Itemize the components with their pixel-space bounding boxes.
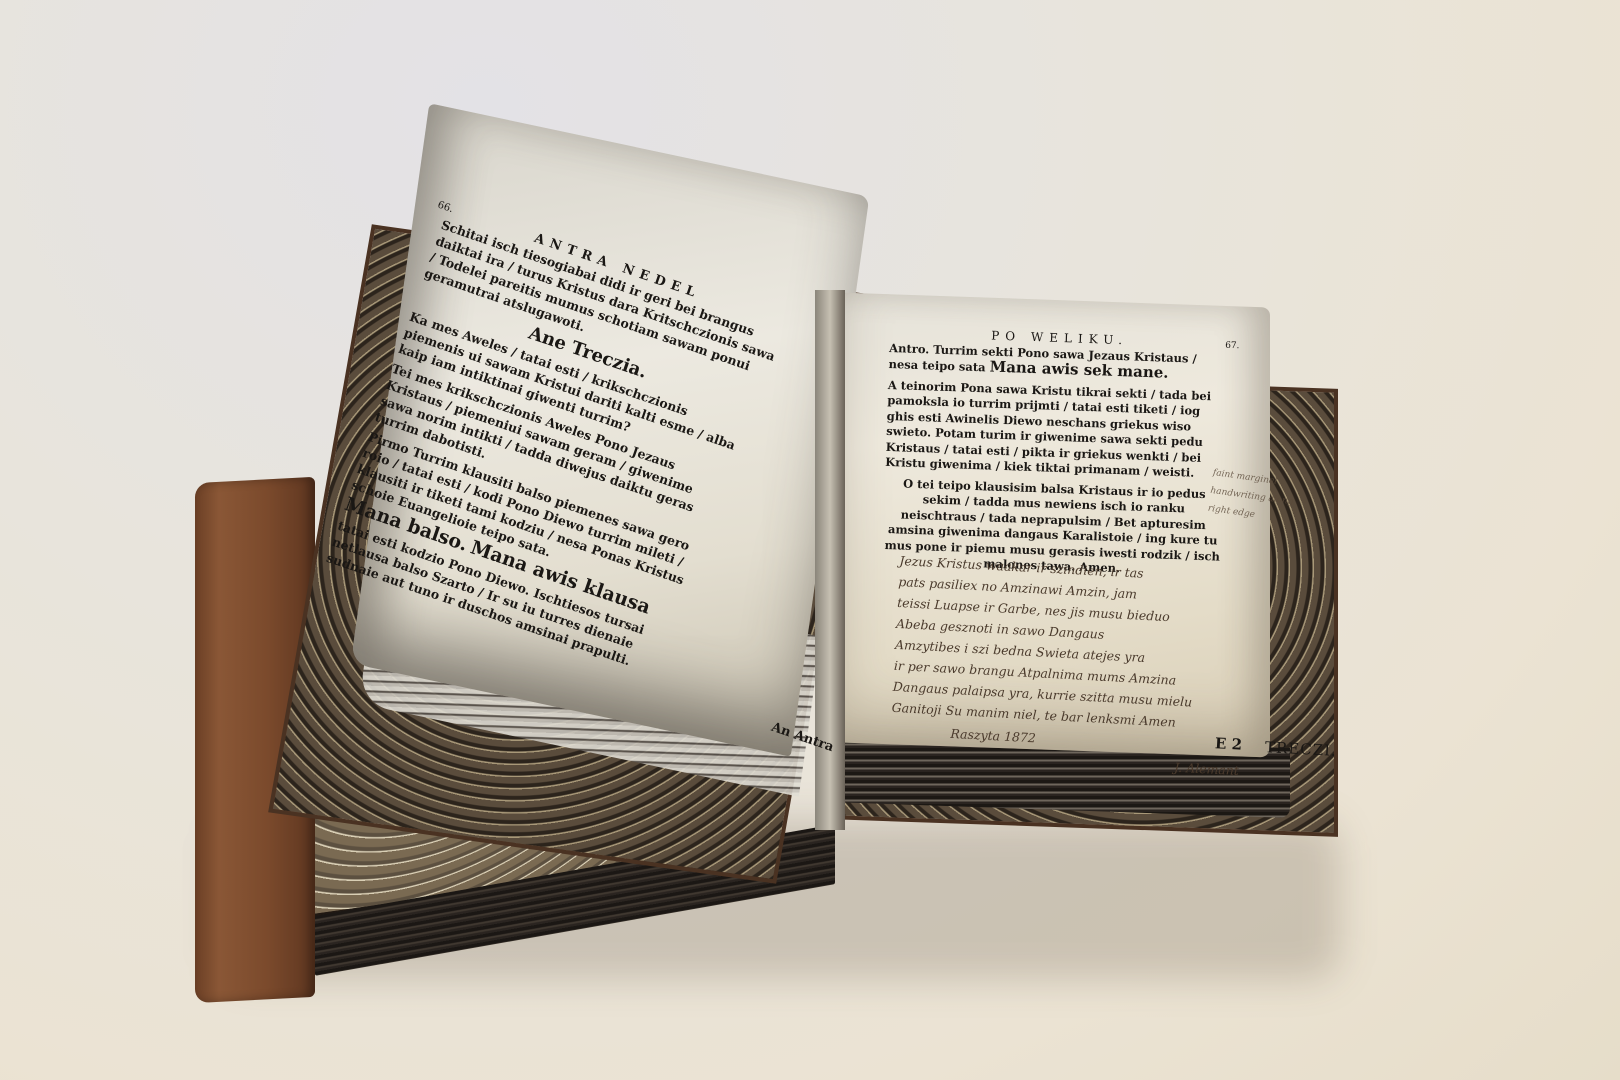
right-catchword: TRECZI. bbox=[1265, 738, 1338, 760]
right-page-number: 67. bbox=[1225, 339, 1240, 355]
handwritten-signature: J. Alemant bbox=[1174, 757, 1240, 781]
right-page-text: 67. PO WELIKU. Antro. Turrim sekti Pono … bbox=[881, 325, 1229, 585]
signature-mark: E 2 bbox=[1215, 734, 1243, 753]
right-paragraph-2: A teinorim Pona sawa Kristu tikrai sekti… bbox=[885, 377, 1228, 482]
handwritten-note: Jezus Kristus waakar ir szindien, ir tas… bbox=[890, 550, 1260, 760]
open-book: 66. ANTRA NEDEL Schitai isch tiesogiabai… bbox=[310, 140, 1360, 860]
